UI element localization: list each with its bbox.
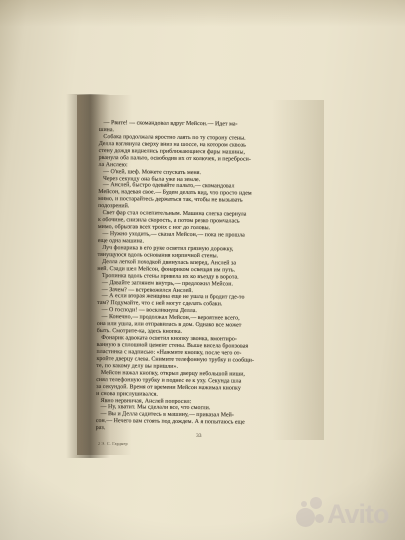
avito-logo-icon [296,508,315,527]
avito-logo-icon [315,514,324,523]
right-page-number: 33 [196,433,202,439]
right-page: — Рвите! — скомандовал вдруг Мейсон.— Ид… [0,0,405,540]
book-photo: руки,— предупредилот колючей проволоки,п… [0,0,405,540]
avito-logo-icon [301,501,307,507]
avito-logo-icon [310,497,322,509]
avito-wordmark: Avito [327,497,397,531]
gutter-shadow [66,94,110,458]
right-page-text: — Рвите! — скомандовал вдруг Мейсон.— Ид… [96,120,295,434]
avito-watermark: Avito [294,495,399,535]
